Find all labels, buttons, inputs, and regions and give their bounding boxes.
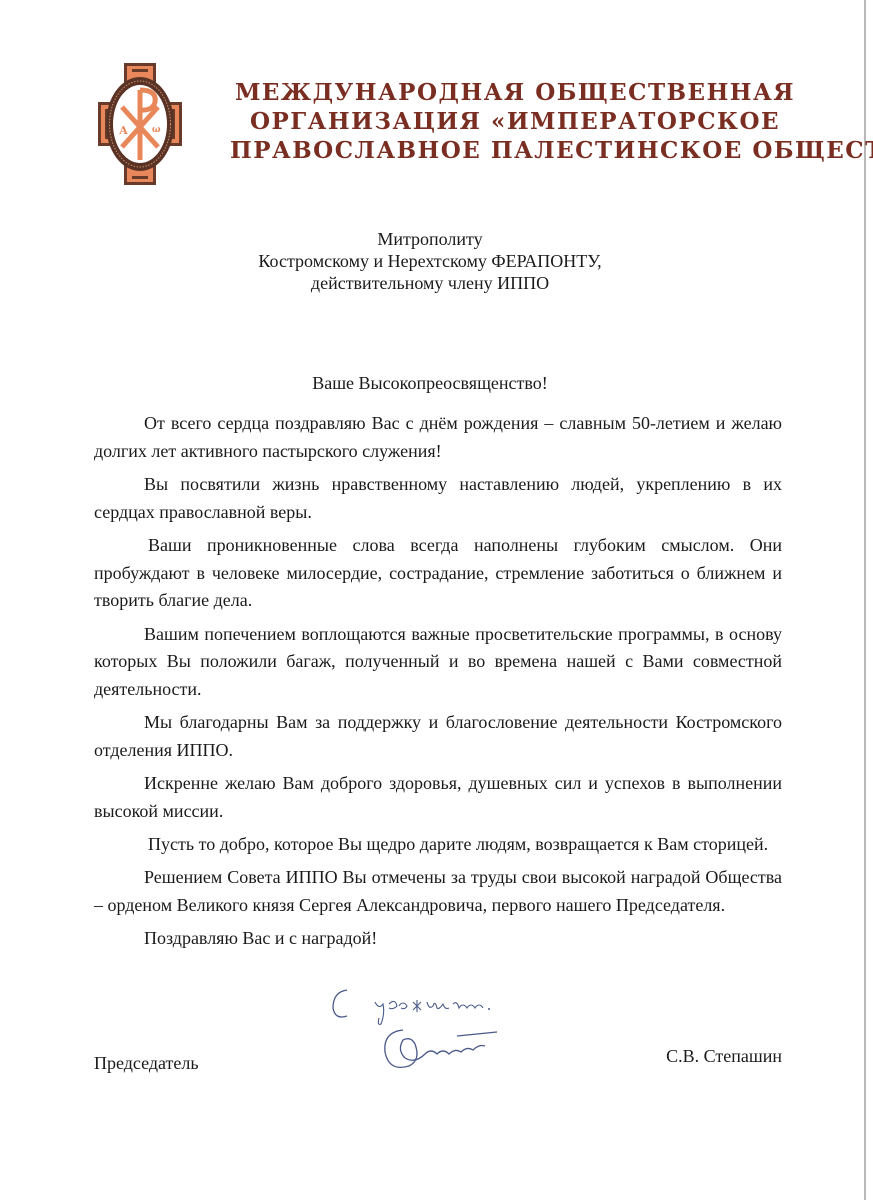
letter-body: От всего сердца поздравляю Вас с днём ро… [94,410,782,959]
paragraph: Решением Совета ИППО Вы отмечены за труд… [94,864,782,919]
org-name-line: МЕЖДУНАРОДНАЯ ОБЩЕСТВЕННАЯ [230,78,800,107]
paragraph: Поздравляю Вас и с наградой! [94,925,782,953]
addressee-line: Митрополиту [180,228,680,250]
paragraph: От всего сердца поздравляю Вас с днём ро… [94,410,782,465]
paragraph: Искренне желаю Вам доброго здоровья, душ… [94,770,782,825]
org-name-line: ПРАВОСЛАВНОЕ ПАЛЕСТИНСКОЕ ОБЩЕСТВО» [230,136,800,165]
paragraph: Вы посвятили жизнь нравственному наставл… [94,471,782,526]
chi-rho-cross-emblem-icon: А ω [97,62,183,186]
handwritten-signature-icon [325,980,545,1080]
paragraph: Пусть то добро, которое Вы щедро дарите … [94,831,782,859]
svg-text:А: А [119,124,128,137]
org-name-line: ОРГАНИЗАЦИЯ «ИМПЕРАТОРСКОЕ [230,107,800,136]
signatory-name: С.В. Степашин [666,1045,782,1067]
paragraph: Ваши проникновенные слова всегда наполне… [94,532,782,615]
addressee-line: действительному члену ИППО [180,272,680,294]
addressee-line: Костромскому и Нерехтскому ФЕРАПОНТУ, [180,250,680,272]
handwritten-signature [325,980,545,1080]
addressee-block: Митрополиту Костромскому и Нерехтскому Ф… [180,228,680,294]
paragraph: Вашим попечением воплощаются важные прос… [94,621,782,704]
org-logo: А ω [97,62,183,186]
signatory-title: Председатель [94,1052,199,1074]
svg-text:ω: ω [152,125,161,135]
org-name-header: МЕЖДУНАРОДНАЯ ОБЩЕСТВЕННАЯ ОРГАНИЗАЦИЯ «… [230,78,800,165]
salutation: Ваше Высокопреосвященство! [180,372,680,394]
paragraph: Мы благодарны Вам за поддержку и благосл… [94,709,782,764]
page-edge-line [864,0,866,1200]
